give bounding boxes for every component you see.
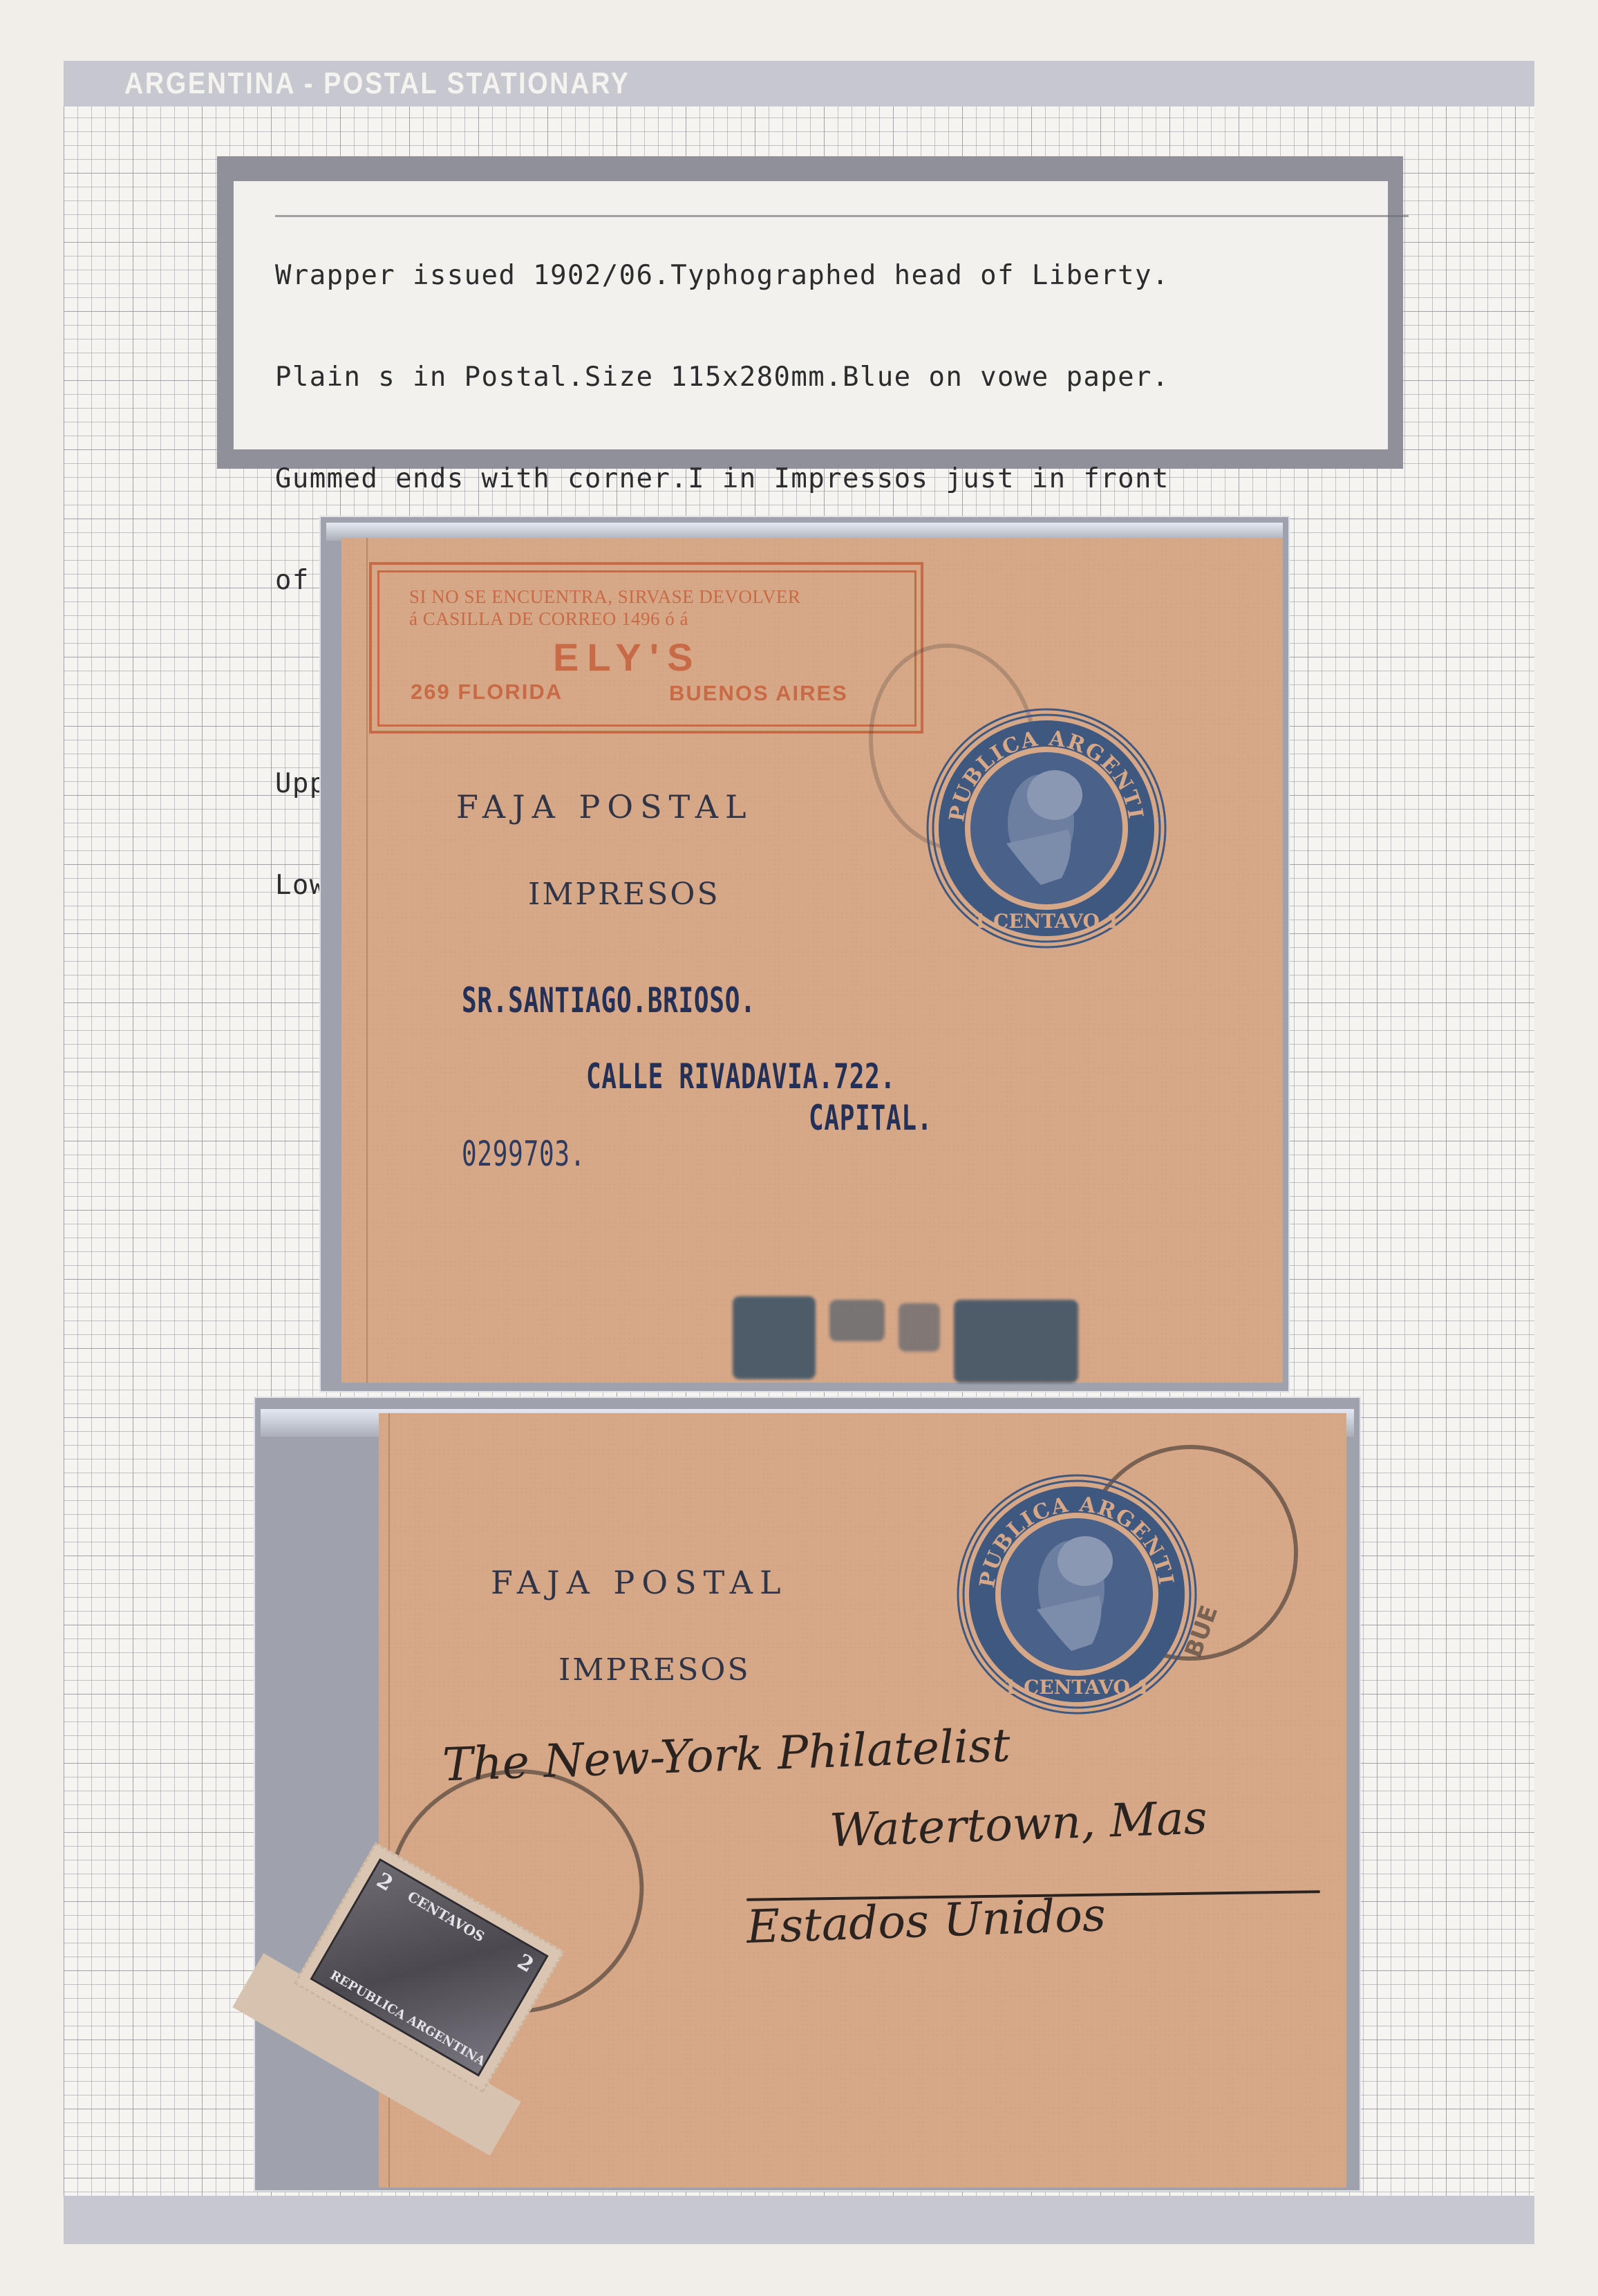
return-brand: ELY'S	[553, 635, 701, 680]
addressee-street: CALLE RIVADAVIA.722.	[586, 1056, 896, 1096]
description-line: Wrapper issued 1902/06.Typhographed head…	[275, 259, 1169, 292]
wrapper-title: FAJA POSTAL	[491, 1564, 788, 1601]
ink-smudge	[829, 1300, 885, 1341]
stamp-value: 2	[513, 1950, 538, 1978]
return-notice-line1: SI NO SE ENCUENTRA, SIRVASE DEVOLVER	[409, 586, 800, 608]
description-fold-line	[275, 215, 1409, 217]
footer-band	[64, 2196, 1534, 2244]
addressee-city: CAPITAL.	[809, 1098, 932, 1138]
wrapper-subtitle: IMPRESOS	[528, 877, 720, 912]
svg-text:1 CENTAVO 1: 1 CENTAVO 1	[1004, 1676, 1150, 1699]
ink-smudge	[954, 1300, 1078, 1383]
return-address-left: 269 FLORIDA	[411, 680, 563, 704]
indicia-liberty-head-icon: REPUBLICA ARGENTINA 1 CENTAVO 1	[923, 705, 1169, 951]
page-title: ARGENTINA - POSTAL STATIONARY	[124, 66, 630, 101]
return-notice-line2: á CASILLA DE CORREO 1496 ó á	[409, 608, 688, 630]
ink-smudge	[899, 1303, 940, 1352]
addressee-name: SR.SANTIAGO.BRIOSO.	[462, 980, 755, 1020]
return-address-right: BUENOS AIRES	[669, 681, 848, 706]
wrapper-title: FAJA POSTAL	[456, 788, 753, 825]
addressee-reference: 0299703.	[462, 1134, 585, 1174]
svg-text:1 CENTAVO 1: 1 CENTAVO 1	[973, 910, 1120, 933]
ink-smudge	[733, 1296, 816, 1379]
description-line: Plain s in Postal.Size 115x280mm.Blue on…	[275, 360, 1169, 394]
wrapper-subtitle: IMPRESOS	[558, 1652, 751, 1688]
description-line: Gummed ends with corner.I in Impressos j…	[275, 462, 1169, 496]
wrapper-flap-line	[366, 538, 368, 1383]
stamp-value: 2	[373, 1868, 397, 1896]
indicia-liberty-head-icon: REPUBLICA ARGENTINA 1 CENTAVO 1	[954, 1471, 1200, 1717]
